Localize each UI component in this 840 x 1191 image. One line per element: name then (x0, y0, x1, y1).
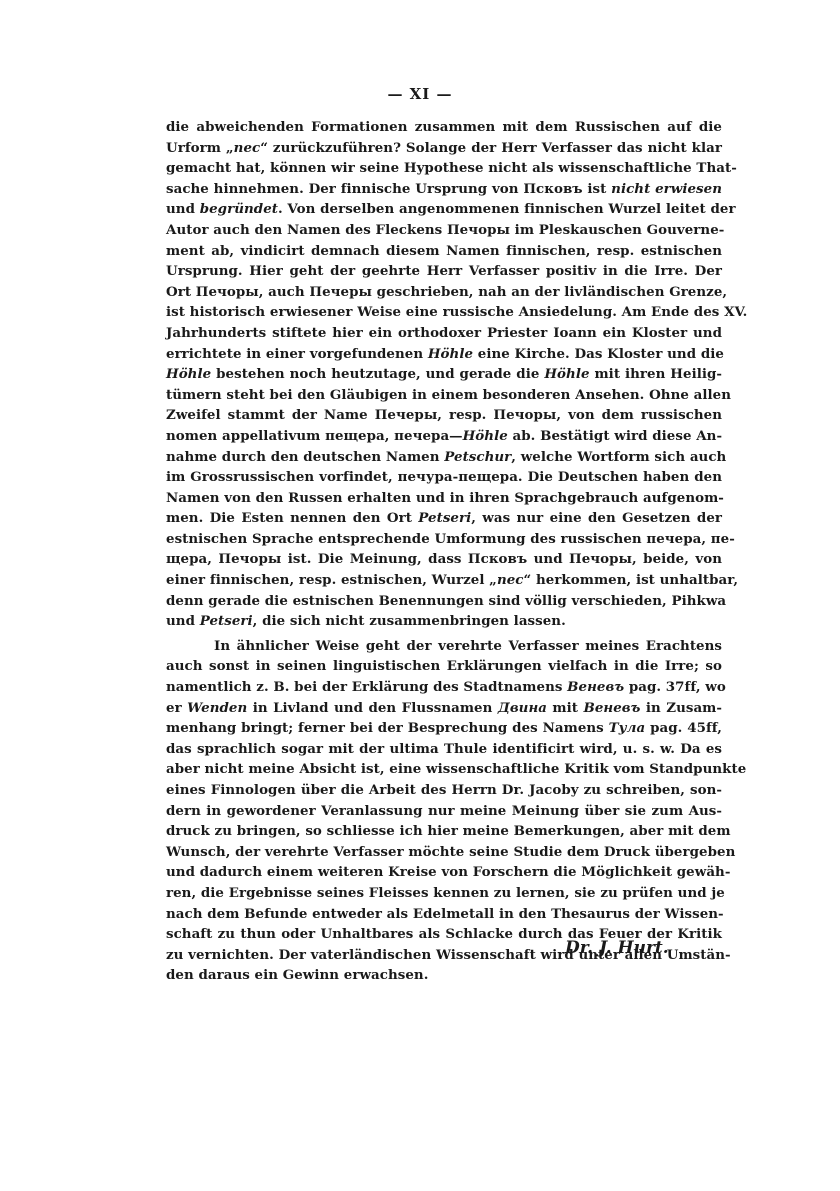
text-line: und Petseri, die sich nicht zusammenbrin… (166, 611, 722, 632)
text-line: Ursprung. Hier geht der geehrte Herr Ver… (166, 261, 722, 282)
text-line: tümern steht bei den Gläubigen in einem … (166, 385, 722, 406)
text-line: nomen appellativum пещера, печера—Höhle … (166, 426, 722, 447)
text-line: einer finnischen, resp. estnischen, Wurz… (166, 570, 722, 591)
signature: Dr. J. Hurt. (565, 938, 669, 958)
text-line: aber nicht meine Absicht ist, eine wisse… (166, 759, 722, 780)
text-line: men. Die Esten nennen den Ort Petseri, w… (166, 508, 722, 529)
text-line: die abweichenden Formationen zusammen mi… (166, 117, 722, 138)
text-line: auch sonst in seinen linguistischen Erkl… (166, 656, 722, 677)
text-line: das sprachlich sogar mit der ultima Thul… (166, 739, 722, 760)
text-line: Namen von den Russen erhalten und in ihr… (166, 488, 722, 509)
text-line: Ort Печоры, auch Печеры geschrieben, nah… (166, 282, 722, 303)
text-line: nach dem Befunde entweder als Edelmetall… (166, 904, 722, 925)
paragraph-1: die abweichenden Formationen zusammen mi… (166, 117, 722, 632)
text-line: und begründet. Von derselben angenommene… (166, 199, 722, 220)
text-line: druck zu bringen, so schliesse ich hier … (166, 821, 722, 842)
text-line: Urform „nec“ zurückzuführen? Solange der… (166, 138, 722, 159)
text-line: im Grossrussischen vorfindet, печура-пещ… (166, 467, 722, 488)
text-line: ist historisch erwiesener Weise eine rus… (166, 302, 722, 323)
text-line: ment ab, vindicirt demnach diesem Namen … (166, 241, 722, 262)
text-line: denn gerade die estnischen Benennungen s… (166, 591, 722, 612)
text-line: Zweifel stammt der Name Печеры, resp. Пе… (166, 405, 722, 426)
text-line: Autor auch den Namen des Fleckens Печоры… (166, 220, 722, 241)
text-line: sache hinnehmen. Der finnische Ursprung … (166, 179, 722, 200)
text-line: щера, Печоры ist. Die Meinung, dass Пско… (166, 549, 722, 570)
text-line: Jahrhunderts stiftete hier ein orthodoxe… (166, 323, 722, 344)
text-line: nahme durch den deutschen Namen Petschur… (166, 447, 722, 468)
text-line: Wunsch, der verehrte Verfasser möchte se… (166, 842, 722, 863)
text-line: gemacht hat, können wir seine Hypothese … (166, 158, 722, 179)
text-line: dern in gewordener Veranlassung nur mein… (166, 801, 722, 822)
text-line: und dadurch einem weiteren Kreise von Fo… (166, 862, 722, 883)
text-line: estnischen Sprache entsprechende Umformu… (166, 529, 722, 550)
text-line: menhang bringt; ferner bei der Besprechu… (166, 718, 722, 739)
text-line: ren, die Ergebnisse seines Fleisses kenn… (166, 883, 722, 904)
text-line: er Wenden in Livland und den Flussnamen … (166, 698, 722, 719)
text-line: errichtete in einer vorgefundenen Höhle … (166, 344, 722, 365)
body-text: die abweichenden Formationen zusammen mi… (166, 117, 722, 986)
text-line: namentlich z. B. bei der Erklärung des S… (166, 677, 722, 698)
text-line: den daraus ein Gewinn erwachsen. (166, 965, 722, 986)
page-number: — XI — (0, 85, 840, 103)
paragraph-2: In ähnlicher Weise geht der verehrte Ver… (166, 636, 722, 986)
text-line: Höhle bestehen noch heutzutage, und gera… (166, 364, 722, 385)
text-line: In ähnlicher Weise geht der verehrte Ver… (166, 636, 722, 657)
text-line: eines Finnologen über die Arbeit des Her… (166, 780, 722, 801)
